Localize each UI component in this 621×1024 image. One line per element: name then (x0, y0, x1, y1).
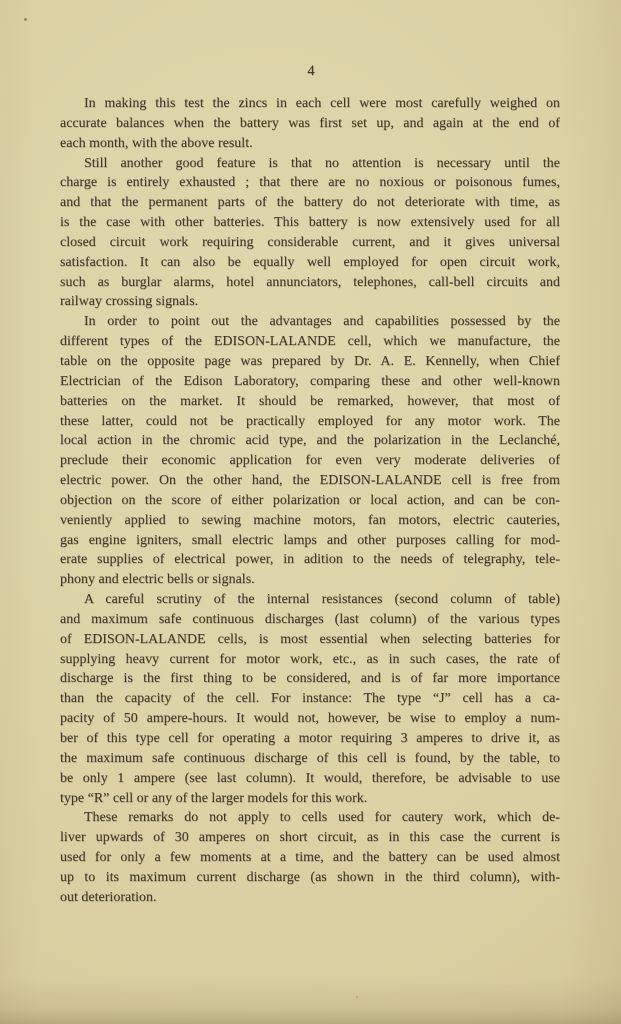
text-line: In order to point out the advantages and… (60, 312, 560, 332)
paragraph-1: In making this test the zincs in each ce… (60, 94, 560, 154)
text-line: such as burglar alarms, hotel annunciato… (60, 273, 560, 293)
paragraph-4: A careful scrutiny of the internal resis… (60, 590, 560, 808)
text-line: out deterioration. (60, 888, 560, 908)
text-line: than the capacity of the cell. For insta… (60, 689, 560, 709)
paragraph-2: Still another good feature is that no at… (60, 154, 560, 313)
text-line: phony and electric bells or signals. (60, 570, 560, 590)
text-line: ber of this type cell for operating a mo… (60, 729, 560, 749)
text-line: railway crossing signals. (60, 292, 560, 312)
text-line: and maximum safe continuous discharges (… (60, 610, 560, 630)
text-line: closed circuit work requiring considerab… (60, 233, 560, 253)
text-line: pacity of 50 ampere-hours. It would not,… (60, 709, 560, 729)
text-line: different types of the EDISON-LALANDE ce… (60, 332, 560, 352)
text-line: In making this test the zincs in each ce… (60, 94, 560, 114)
text-line: erate supplies of electrical power, in a… (60, 550, 560, 570)
text-line: gas engine igniters, small electric lamp… (60, 531, 560, 551)
text-line: discharge is the first thing to be consi… (60, 669, 560, 689)
paper-speck (24, 18, 27, 21)
text-line: type “R” cell or any of the larger model… (60, 789, 560, 809)
text-line: local action in the chromic acid type, a… (60, 431, 560, 451)
text-line: be only 1 ampere (see last column). It w… (60, 769, 560, 789)
paper-speck (356, 996, 358, 998)
text-line: objection on the score of either polariz… (60, 491, 560, 511)
text-line: of EDISON-LALANDE cells, is most essenti… (60, 630, 560, 650)
text-line: accurate balances when the battery was f… (60, 114, 560, 134)
text-line: these latter, could not be practically e… (60, 412, 560, 432)
text-line: charge is entirely exhausted ; that ther… (60, 173, 560, 193)
text-line: is the case with other batteries. This b… (60, 213, 560, 233)
text-line: liver upwards of 30 amperes on short cir… (60, 828, 560, 848)
scanned-page: 4 In making this test the zincs in each … (0, 0, 621, 1024)
page-number: 4 (61, 63, 561, 80)
text-line: Electrician of the Edison Laboratory, co… (60, 372, 560, 392)
text-line: batteries on the market. It should be re… (60, 392, 560, 412)
text-line: supplying heavy current for motor work, … (60, 650, 560, 670)
text-block: In making this test the zincs in each ce… (60, 94, 560, 908)
text-line: Still another good feature is that no at… (60, 154, 560, 174)
text-line: up to its maximum current discharge (as … (60, 868, 560, 888)
text-line: veniently applied to sewing machine moto… (60, 511, 560, 531)
text-line: table on the opposite page was prepared … (60, 352, 560, 372)
text-line: A careful scrutiny of the internal resis… (60, 590, 560, 610)
text-line: preclude their economic application for … (60, 451, 560, 471)
text-line: These remarks do not apply to cells used… (60, 808, 560, 828)
text-line: the maximum safe continuous discharge of… (60, 749, 560, 769)
text-line: electric power. On the other hand, the E… (60, 471, 560, 491)
text-line: and that the permanent parts of the batt… (60, 193, 560, 213)
paragraph-5: These remarks do not apply to cells used… (60, 808, 560, 907)
paragraph-3: In order to point out the advantages and… (60, 312, 560, 590)
text-line: satisfaction. It can also be equally wel… (60, 253, 560, 273)
text-line: used for only a few moments at a time, a… (60, 848, 560, 868)
text-line: each month, with the above result. (60, 134, 560, 154)
